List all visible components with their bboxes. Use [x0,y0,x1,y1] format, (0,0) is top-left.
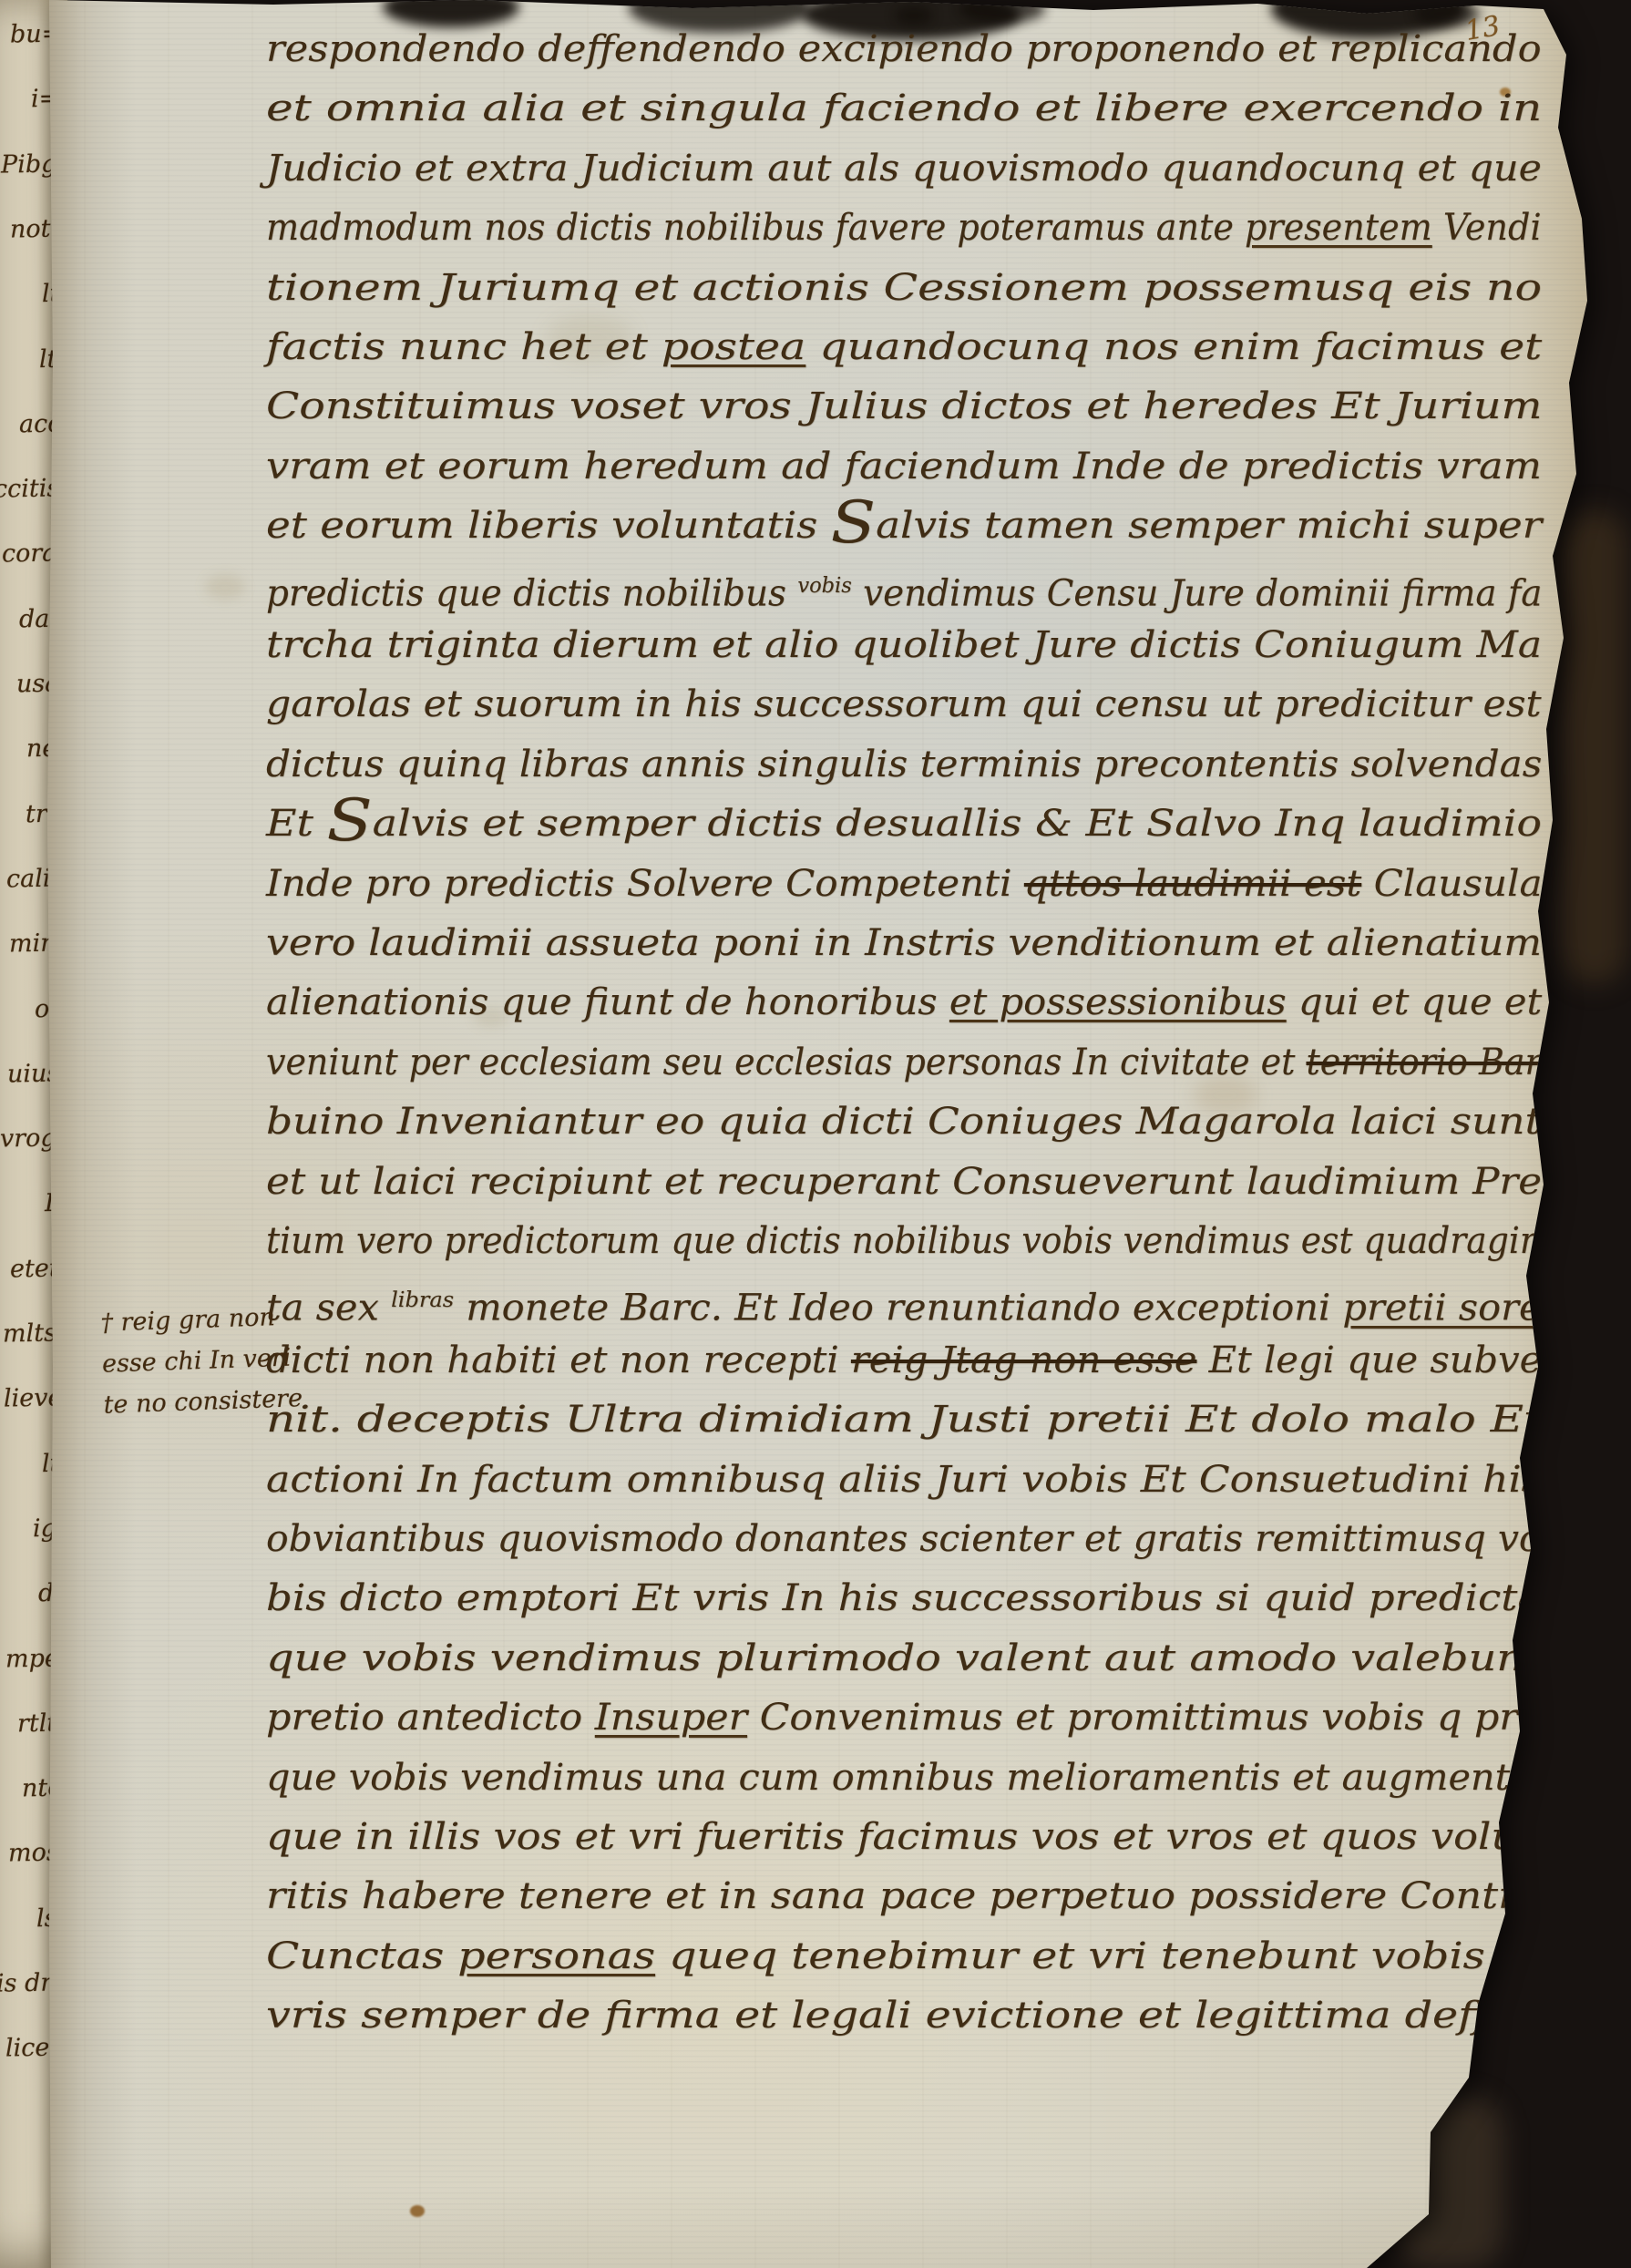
manuscript-text-segment: que vobis vendimus una cum omnibus melio… [266,1757,1542,1799]
manuscript-text-segment: qui et que et [1287,981,1543,1023]
manuscript-line: Cunctas personas queq tenebimur et vri t… [266,1929,1344,1984]
manuscript-line: vram et eorum heredum ad faciendum Inde … [266,439,1409,494]
manuscript-line: obviantibus quovismodo donantes scienter… [266,1512,1514,1566]
manuscript-text-segment: tionem Juriumq et actionis Cessionem pos… [266,267,1542,309]
manuscript-text-segment: garolas et suorum in his successorum qui… [266,683,1542,725]
manuscript-line: buino Inveniantur eo quia dicti Coniuges… [266,1094,1390,1149]
manuscript-text-segment: vendimus Censu Jure dominii firma fa [852,572,1543,614]
manuscript-line: bis dicto emptori Et vris In his success… [266,1571,1399,1626]
manuscript-text-segment: postea [662,326,805,368]
manuscript-text-segment: Vendi [1432,207,1542,249]
manuscript-text-segment: Constituimus voset vros Julius dictos et… [266,385,1542,427]
manuscript-text-segment: alvis tamen semper michi super [876,505,1542,547]
manuscript-text-segment: factis nunc het et [266,326,662,368]
manuscript-line: pretio antedicto Insuper Convenimus et p… [266,1690,1458,1745]
manuscript-text-segment: vram et eorum heredum ad faciendum Inde … [266,446,1542,487]
manuscript-line: Et Salvis et semper dictis desuallis & E… [266,796,1380,851]
manuscript-line: et eorum liberis voluntatis Salvis tamen… [266,498,1396,553]
manuscript-text-segment: tium vero predictorum que dictis nobilib… [266,1220,1542,1262]
manuscript-text-segment: vobis [797,573,851,598]
manuscript-text-segment: queq tenebimur et vri tenebunt vobis et [655,1935,1542,1977]
manuscript-text-segment: madmodum nos dictis nobilibus favere pot… [266,207,1245,249]
manuscript-text-segment: Et [266,803,326,845]
manuscript-text-segment: personas [457,1935,655,1977]
manuscript-line: veniunt per ecclesiam seu ecclesias pers… [266,1035,1610,1090]
manuscript-text-segment: monete Barc. Et Ideo renuntiando excepti… [454,1288,1342,1329]
manuscript-text-segment: S [326,787,372,855]
manuscript-line: nit. deceptis Ultra dimidiam Justi preti… [266,1392,1290,1447]
manuscript-text-segment: et eorum liberis voluntatis [266,505,831,547]
manuscript-text-segment: ritis habere tenere et in sana pace perp… [266,1875,1542,1917]
manuscript-text-segment: territorio Bar [1306,1042,1541,1083]
manuscript-text-segment: actioni In factum omnibusq aliis Juri vo… [266,1459,1542,1501]
photo-background: bu=i=Pibgnotrltltacoccitiscoradasusanetr… [0,0,1631,2268]
manuscript-text-segment: alienationis que fiunt de honoribus [266,981,949,1023]
manuscript-line: garolas et suorum in his successorum qui… [266,677,1467,732]
manuscript-text-segment: presentem [1245,207,1432,249]
manuscript-text-segment: bis dicto emptori Et vris In his success… [266,1577,1542,1619]
manuscript-line: ta sex libras monete Barc. Et Ideo renun… [266,1273,1495,1335]
manuscript-line: factis nunc het et postea quandocunq nos… [266,320,1343,375]
manuscript-line: et ut laici recipiunt et recuperant Cons… [266,1155,1437,1209]
manuscript-text-segment: buino Inveniantur eo quia dicti Coniuges… [266,1101,1542,1143]
manuscript-text-segment: veniunt per ecclesiam seu ecclesias pers… [266,1042,1306,1083]
manuscript-text-segment: alvis et semper dictis desuallis & Et Sa… [373,803,1542,845]
manuscript-line: madmodum nos dictis nobilibus favere pot… [266,200,1605,255]
manuscript-line: dicti non habiti et non recepti reig Jta… [266,1333,1493,1388]
manuscript-text-segment: S [831,489,877,557]
manuscript-line: et omnia alia et singula faciendo et lib… [266,81,1285,136]
manuscript-line: ritis habere tenere et in sana pace perp… [266,1869,1410,1924]
manuscript-line: tium vero predictorum que dictis nobilib… [266,1214,1622,1268]
manuscript-page-wrap: 13 respondendo deffendendo excipiendo pr… [0,0,1631,2268]
manuscript-text-segment: predictis que dictis nobilibus [266,572,797,614]
manuscript-text-segment: respondendo deffendendo excipiendo propo… [266,28,1542,70]
manuscript-text-segment: trcha triginta dierum et alio quolibet J… [266,624,1542,666]
manuscript-line: dictus quinq libras annis singulis termi… [266,737,1479,792]
manuscript-text-segment: Cunctas [266,1935,457,1977]
manuscript-line: que vobis vendimus plurimodo valent aut … [266,1631,1336,1686]
manuscript-line: tionem Juriumq et actionis Cessionem pos… [266,261,1306,315]
manuscript-text-segment: dictus quinq libras annis singulis termi… [266,744,1542,785]
manuscript-text-segment: Inde pro predictis Solvere Competenti [266,863,1024,905]
manuscript-text-segment: nit. deceptis Ultra dimidiam Justi preti… [266,1399,1542,1441]
manuscript-text-segment: et ut laici recipiunt et recuperant Cons… [266,1161,1542,1203]
manuscript-line: actioni In factum omnibusq aliis Juri vo… [266,1452,1421,1507]
manuscript-line: que vobis vendimus una cum omnibus melio… [266,1750,1500,1805]
margin-note: † reig gra non esse chi In veri te no co… [100,1292,405,1425]
manuscript-line: Inde pro predictis Solvere Competenti qt… [266,857,1480,911]
manuscript-text-segment: Insuper [595,1697,747,1739]
manuscript-text-segment: quandocunq nos enim facimus et [805,326,1542,368]
manuscript-text-block: respondendo deffendendo excipiendo propo… [0,0,1631,2268]
manuscript-text-segment: et omnia alia et singula faciendo et lib… [266,87,1542,129]
manuscript-text-segment: obviantibus quovismodo donantes scienter… [266,1518,1542,1560]
manuscript-text-segment: vero laudimii assueta poni in Instris ve… [266,922,1542,964]
manuscript-line: trcha triginta dierum et alio quolibet J… [266,618,1420,672]
manuscript-text-segment: pretii sore [1342,1288,1541,1329]
manuscript-text-segment: Clausula [1361,863,1542,905]
manuscript-line: predictis que dictis nobilibus vobis ven… [266,559,1579,621]
manuscript-line: vero laudimii assueta poni in Instris ve… [266,916,1428,970]
manuscript-text-segment: qttos laudimii est [1024,863,1361,905]
manuscript-line: que in illis vos et vri fueritis facimus… [266,1810,1409,1864]
manuscript-text-segment: pretio antedicto [266,1697,595,1739]
manuscript-line: vris semper de firma et legali evictione… [266,1988,1341,2043]
manuscript-line: Judicio et extra Judicium aut als quovis… [266,141,1459,196]
manuscript-text-segment: que vobis vendimus plurimodo valent aut … [266,1637,1542,1679]
manuscript-text-segment: et possessionibus [949,981,1287,1023]
manuscript-text-segment: Et legi que subve [1196,1339,1542,1381]
manuscript-text-segment: Judicio et extra Judicium aut als quovis… [266,148,1542,190]
manuscript-text-segment: vris semper de firma et legali evictione… [266,1995,1542,2037]
manuscript-text-segment: Convenimus et promittimus vobis q pro [747,1697,1542,1739]
manuscript-line: respondendo deffendendo excipiendo propo… [266,22,1448,77]
manuscript-line: Constituimus voset vros Julius dictos et… [266,379,1344,434]
manuscript-page: 13 respondendo deffendendo excipiendo pr… [0,0,1631,2268]
manuscript-text-segment: reig Jtag non esse [851,1339,1197,1381]
manuscript-text-segment: que in illis vos et vri fueritis facimus… [266,1816,1542,1858]
manuscript-line: alienationis que fiunt de honoribus et p… [266,975,1492,1030]
